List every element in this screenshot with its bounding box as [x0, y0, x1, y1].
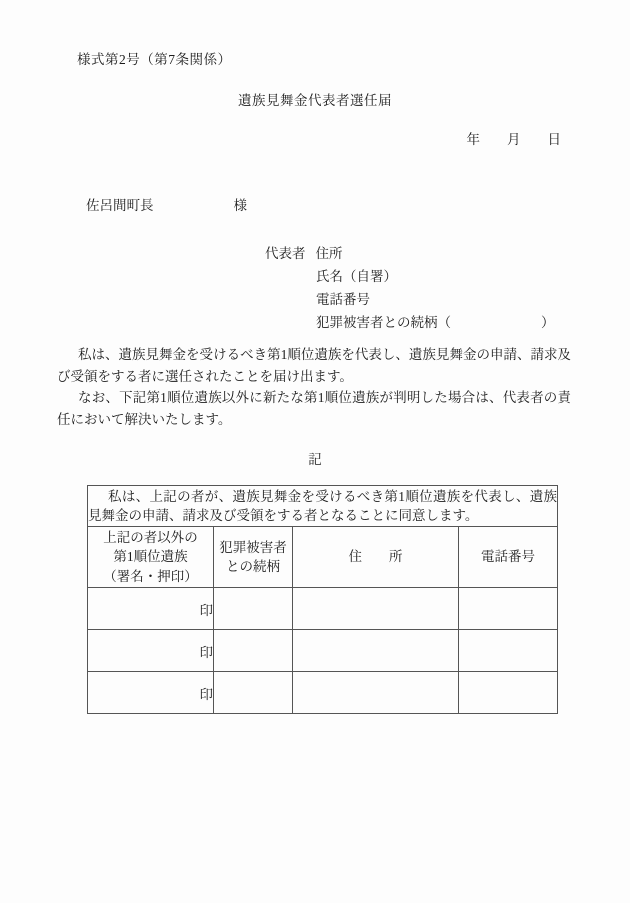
header-relation: 犯罪被害者 との続柄 [214, 527, 293, 588]
phone-cell [459, 588, 558, 630]
header-relation-line1: 犯罪被害者 [214, 538, 292, 558]
address-cell [293, 672, 459, 714]
relation-cell [214, 672, 293, 714]
consent-table: 私は、上記の者が、遺族見舞金を受けるべき第1順位遺族を代表し、遺族見舞金の申請、… [87, 485, 558, 714]
consent-row: 私は、上記の者が、遺族見舞金を受けるべき第1順位遺族を代表し、遺族見舞金の申請、… [88, 486, 558, 527]
addressee-line: 佐呂間町長様 [86, 194, 247, 214]
header-signers-line3: （署名・押印） [88, 567, 213, 587]
rep-phone-label: 電話番号 [265, 288, 555, 311]
header-relation-line2: との続柄 [214, 557, 292, 577]
date-line: 年 月 日 [467, 128, 562, 148]
header-signers-line1: 上記の者以外の [88, 528, 213, 548]
header-signers-line2: 第1順位遺族 [88, 547, 213, 567]
representative-label: 代表者 [265, 242, 306, 265]
header-signers: 上記の者以外の 第1順位遺族 （署名・押印） [88, 527, 214, 588]
table-row: 印 [88, 588, 558, 630]
seal-cell: 印 [88, 588, 214, 630]
address-cell [293, 588, 459, 630]
rep-address-label: 住所 [316, 242, 343, 265]
addressee-name: 佐呂間町長 [86, 198, 154, 213]
declaration-paragraph-2: なお、下記第1順位遺族以外に新たな第1順位遺族が判明した場合は、代表者の責任にお… [57, 387, 571, 430]
form-number-text: 様式第2号（第7条関係） [77, 48, 232, 68]
relation-cell [214, 588, 293, 630]
phone-cell [459, 672, 558, 714]
rep-name-label: 氏名（自署） [265, 265, 555, 288]
document-title: 遺族見舞金代表者選任届 [0, 89, 630, 109]
table-row: 印 [88, 672, 558, 714]
declaration-body: 私は、遺族見舞金を受けるべき第1順位遺族を代表し、遺族見舞金の申請、請求及び受領… [57, 344, 571, 430]
rep-relation-label: 犯罪被害者との続柄（ [316, 311, 451, 334]
rep-relation-blank [451, 311, 541, 334]
consent-text-cell: 私は、上記の者が、遺族見舞金を受けるべき第1順位遺族を代表し、遺族見舞金の申請、… [88, 486, 558, 527]
seal-cell: 印 [88, 630, 214, 672]
document-page: 様式第2号（第7条関係） 遺族見舞金代表者選任届 年 月 日 佐呂間町長様 代表… [0, 0, 630, 903]
header-row: 上記の者以外の 第1順位遺族 （署名・押印） 犯罪被害者 との続柄 住 所 電話… [88, 527, 558, 588]
addressee-honorific: 様 [234, 198, 248, 213]
declaration-paragraph-1: 私は、遺族見舞金を受けるべき第1順位遺族を代表し、遺族見舞金の申請、請求及び受領… [57, 344, 571, 387]
address-cell [293, 630, 459, 672]
section-marker: 記 [0, 448, 630, 468]
seal-cell: 印 [88, 672, 214, 714]
table-row: 印 [88, 630, 558, 672]
rep-relation-line: 犯罪被害者との続柄（ ） [265, 311, 555, 334]
header-phone: 電話番号 [459, 527, 558, 588]
phone-cell [459, 630, 558, 672]
rep-relation-close: ） [541, 311, 555, 334]
header-address: 住 所 [293, 527, 459, 588]
relation-cell [214, 630, 293, 672]
representative-block: 代表者 住所 氏名（自署） 電話番号 犯罪被害者との続柄（ ） [265, 242, 555, 334]
